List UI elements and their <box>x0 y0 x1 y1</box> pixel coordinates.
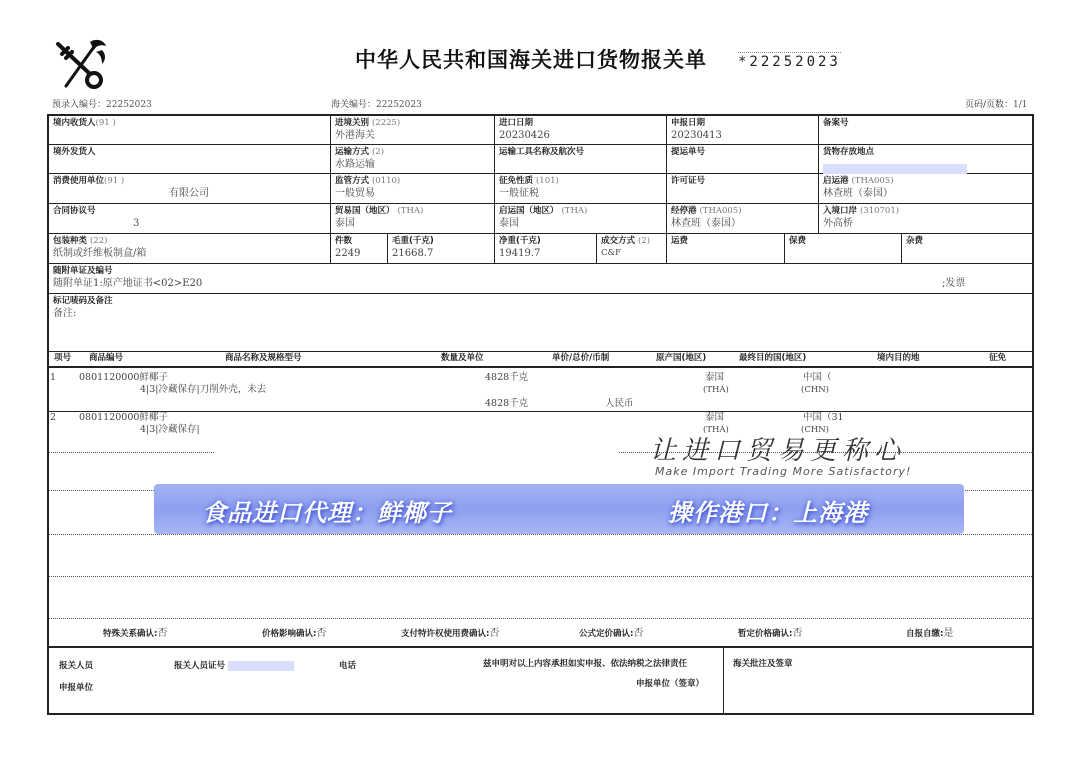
license-no-field: 许可证号 <box>667 174 819 203</box>
banner-service-text: 食品进口代理：鲜椰子 <box>202 493 452 528</box>
goods-header-row: 项号 商品编号 商品名称及规格型号 数量及单位 单价/总价/币制 原产国(地区)… <box>49 352 1032 368</box>
col-goods-name: 商品名称及规格型号 <box>225 352 302 365</box>
goods-item-row: 1 0801120000鲜椰子 4|3|冷藏保存|刀削外壳，未去 4828千克 … <box>49 370 1032 412</box>
declaration-form: 境内收货人(91 ) 进境关别 (2225) 外港海关 进口日期 2023042… <box>47 114 1034 715</box>
item-spec: 4|3|冷藏保存| <box>140 424 200 436</box>
confirm-self-declare: 自报自缴:是 <box>906 620 953 648</box>
bill-no-field: 提运单号 <box>667 145 819 173</box>
redacted-block <box>228 661 294 671</box>
origin-country-field: 启运国（地区） (THA) 泰国 <box>495 204 667 233</box>
col-item-no: 项号 <box>54 352 71 365</box>
marks-remarks-field: 标记唛码及备注 备注: <box>49 294 1032 351</box>
customs-number: 海关编号：22252023 <box>331 97 422 110</box>
supervision-mode-field: 监管方式 (0110) 一般贸易 <box>331 174 495 203</box>
dotted-divider <box>49 576 1032 577</box>
item-no: 1 <box>50 372 56 384</box>
item-origin: 泰国 <box>705 412 724 424</box>
footer-divider <box>723 648 724 715</box>
promo-banner: 食品进口代理：鲜椰子 操作港口：上海港 <box>154 484 964 534</box>
form-row-4: 合同协议号 3 贸易国（地区） (THA) 泰国 启运国（地区） (THA) 泰… <box>49 204 1032 234</box>
broker-id-label: 报关人员证号 <box>174 659 294 671</box>
banner-port-text: 操作港口：上海港 <box>668 493 868 528</box>
declaration-statement: 兹申明对以上内容承担如实申报、依法纳税之法律责任 <box>483 657 687 669</box>
page-number: 页码/页数：1/1 <box>965 97 1028 110</box>
col-price: 单价/总价/币制 <box>552 352 609 365</box>
confirm-price-impact: 价格影响确认:否 <box>262 620 326 648</box>
shipper-field: 境外发货人 <box>49 145 331 173</box>
barcode-number: *22252023 <box>738 52 841 70</box>
marks-remarks-row: 标记唛码及备注 备注: <box>49 294 1032 352</box>
item-origin-code: (THA) <box>703 384 729 396</box>
item-currency: 人民币 <box>605 398 634 410</box>
gross-weight-field: 毛重(千克) 21668.7 <box>388 234 495 263</box>
confirm-royalty: 支付特许权使用费确认:否 <box>401 620 499 648</box>
misc-fee-field: 杂费 <box>902 234 1034 263</box>
record-no-field: 备案号 <box>819 116 1034 144</box>
item-no: 2 <box>50 412 56 424</box>
transit-port-field: 经停港 (THA005) 林查班（泰国） <box>667 204 819 233</box>
slogan-chinese: 让进口贸易更称心 <box>650 430 906 467</box>
storage-location-field: 货物存放地点 <box>819 145 1034 173</box>
attached-docs-row: 随附单证及编号 随附单证1:原产地证书<02>E20 ;发票 <box>49 264 1032 294</box>
item-destination-code: (CHN) <box>801 384 829 396</box>
confirm-provisional-price: 暂定价格确认:否 <box>738 620 802 648</box>
attached-docs-field: 随附单证及编号 随附单证1:原产地证书<02>E20 ;发票 <box>49 264 1032 293</box>
declarant-unit-label: 申报单位 <box>59 681 93 693</box>
dotted-divider <box>49 618 1032 619</box>
package-type-field: 包装种类 (22) 纸制或纤维板制盒/箱 <box>49 234 331 263</box>
col-levy: 征免 <box>989 352 1006 365</box>
col-hs-code: 商品编号 <box>89 352 123 365</box>
entry-port-field: 入境口岸 (310701) 外高桥 <box>819 204 1034 233</box>
trade-country-field: 贸易国（地区） (THA) 泰国 <box>331 204 495 233</box>
item-qty-2: 4828千克 <box>485 398 528 410</box>
form-row-5: 包装种类 (22) 纸制或纤维板制盒/箱 件数 2249 毛重(千克) 2166… <box>49 234 1032 264</box>
customs-emblem-icon <box>52 36 108 92</box>
consumer-unit-field: 消费使用单位(91 ) 有限公司 <box>49 174 331 203</box>
item-origin: 泰国 <box>705 372 724 384</box>
vessel-field: 运输工具名称及航次号 <box>495 145 667 173</box>
deal-mode-field: 成交方式 (2) C&F <box>597 234 667 263</box>
form-row-3: 消费使用单位(91 ) 有限公司 监管方式 (0110) 一般贸易 征免性质 (… <box>49 174 1032 204</box>
dotted-divider <box>49 452 214 453</box>
broker-label: 报关人员 <box>59 659 93 671</box>
phone-label: 电话 <box>339 659 356 671</box>
declarant-seal-label: 申报单位（签章） <box>636 677 704 689</box>
item-code: 0801120000鲜椰子 <box>79 372 168 384</box>
item-qty-1: 4828千克 <box>485 372 528 384</box>
col-quantity: 数量及单位 <box>441 352 484 365</box>
net-weight-field: 净重(千克) 19419.7 <box>495 234 597 263</box>
contract-no-field: 合同协议号 3 <box>49 204 331 233</box>
freight-field: 运费 <box>667 234 785 263</box>
item-spec: 4|3|冷藏保存|刀削外壳，未去 <box>140 384 266 396</box>
document-title: 中华人民共和国海关进口货物报关单 <box>355 44 707 74</box>
confirm-special-relation: 特殊关系确认:否 <box>103 620 167 648</box>
transport-mode-field: 运输方式 (2) 水路运输 <box>331 145 495 173</box>
item-code: 0801120000鲜椰子 <box>79 412 168 424</box>
import-date-field: 进口日期 20230426 <box>495 116 667 144</box>
departure-port-field: 启运港 (THA005) 林查班（泰国） <box>819 174 1034 203</box>
declare-date-field: 申报日期 20230413 <box>667 116 819 144</box>
form-row-2: 境外发货人 运输方式 (2) 水路运输 运输工具名称及航次号 提运单号 货物存放… <box>49 145 1032 174</box>
customs-seal-label: 海关批注及签章 <box>733 657 793 669</box>
confirmations-row: 特殊关系确认:否 价格影响确认:否 支付特许权使用费确认:否 公式定价确认:否 … <box>49 620 1032 648</box>
col-destination: 最终目的国(地区) <box>739 352 806 365</box>
consignee-field: 境内收货人(91 ) <box>49 116 331 144</box>
item-destination: 中国（31 <box>803 412 844 424</box>
invoice-note: ;发票 <box>942 277 965 290</box>
pre-entry-number: 预录入编号：22252023 <box>52 97 152 110</box>
pieces-field: 件数 2249 <box>331 234 388 263</box>
item-destination: 中国（ <box>803 372 832 384</box>
col-domestic-destination: 境内目的地 <box>877 352 920 365</box>
form-row-1: 境内收货人(91 ) 进境关别 (2225) 外港海关 进口日期 2023042… <box>49 116 1032 145</box>
confirm-formula-price: 公式定价确认:否 <box>579 620 643 648</box>
insurance-field: 保费 <box>785 234 902 263</box>
entry-customs-field: 进境关别 (2225) 外港海关 <box>331 116 495 144</box>
dotted-divider <box>49 534 1032 535</box>
redacted-block <box>823 164 967 174</box>
levy-nature-field: 征免性质 (101) 一般征税 <box>495 174 667 203</box>
col-origin: 原产国(地区) <box>656 352 706 365</box>
slogan-english: Make Import Trading More Satisfactory! <box>655 465 911 478</box>
